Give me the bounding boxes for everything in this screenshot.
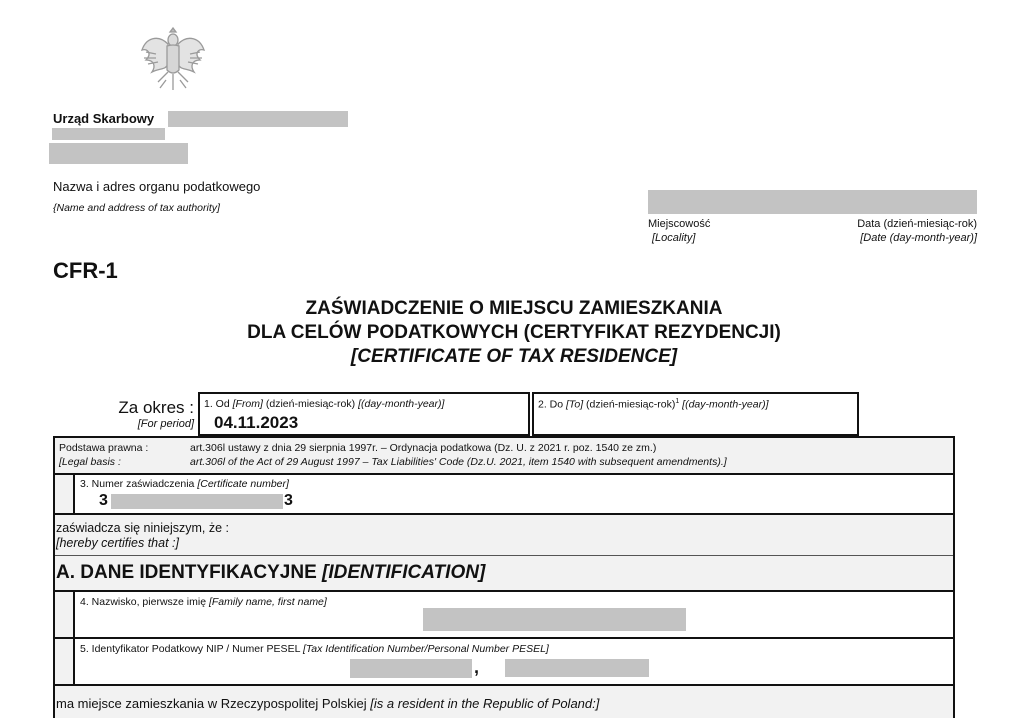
redacted-office-name bbox=[168, 111, 348, 127]
certifies-row: zaświadcza się niniejszym, że : [hereby … bbox=[55, 513, 953, 555]
period-from-field[interactable]: 1. Od [From] (dzień-miesiąc-rok) [(day-m… bbox=[198, 392, 530, 436]
redacted-name bbox=[423, 608, 686, 631]
form-title-line-1: ZAŚWIADCZENIE O MIEJSCU ZAMIESZKANIA bbox=[0, 298, 1024, 320]
date-label-en: [Date (day-month-year)] bbox=[860, 232, 977, 244]
certifies-text-en: [hereby certifies that :] bbox=[56, 536, 179, 550]
polish-eagle-emblem-icon bbox=[138, 24, 208, 96]
tax-office-name: Urząd Skarbowy bbox=[53, 111, 154, 126]
form-title-en: [CERTIFICATE OF TAX RESIDENCE] bbox=[0, 346, 1024, 368]
certificate-number-prefix: 3 bbox=[99, 492, 108, 510]
form-title-line-2: DLA CELÓW PODATKOWYCH (CERTYFIKAT REZYDE… bbox=[0, 322, 1024, 344]
redacted-pesel bbox=[505, 659, 649, 677]
locality-label-en: [Locality] bbox=[652, 232, 695, 244]
date-label: Data (dzień-miesiąc-rok) bbox=[857, 218, 977, 230]
certificate-number-row: 3. Numer zaświadczenia [Certificate numb… bbox=[55, 473, 953, 513]
period-from-label: 1. Od [From] (dzień-miesiąc-rok) [(day-m… bbox=[204, 398, 444, 410]
redacted-address-line-2 bbox=[49, 143, 188, 164]
section-a-heading-row: A. DANE IDENTYFIKACYJNE [IDENTIFICATION] bbox=[55, 555, 953, 590]
redacted-certificate-number bbox=[111, 494, 283, 509]
period-to-field[interactable]: 2. Do [To] (dzień-miesiąc-rok)1 [(day-mo… bbox=[532, 392, 859, 436]
nip-label: 5. Identyfikator Podatkowy NIP / Numer P… bbox=[80, 643, 549, 655]
authority-label: Nazwa i adres organu podatkowego bbox=[53, 179, 260, 194]
certifies-text: zaświadcza się niniejszym, że : bbox=[56, 521, 229, 535]
name-field[interactable]: 4. Nazwisko, pierwsze imię [Family name,… bbox=[73, 592, 953, 637]
residence-text: ma miejsce zamieszkania w Rzeczypospolit… bbox=[56, 696, 599, 711]
certificate-number-field[interactable]: 3. Numer zaświadczenia [Certificate numb… bbox=[73, 475, 953, 513]
period-to-label: 2. Do [To] (dzień-miesiąc-rok)1 [(day-mo… bbox=[538, 398, 769, 411]
period-label-en: [For period] bbox=[100, 418, 194, 430]
name-label: 4. Nazwisko, pierwsze imię [Family name,… bbox=[80, 596, 327, 608]
certificate-form-table: Podstawa prawna : [Legal basis : art.306… bbox=[53, 436, 955, 718]
nip-row: 5. Identyfikator Podatkowy NIP / Numer P… bbox=[55, 637, 953, 684]
redacted-nip bbox=[350, 659, 472, 678]
form-code: CFR-1 bbox=[53, 258, 118, 284]
residence-row: ma miejsce zamieszkania w Rzeczypospolit… bbox=[55, 684, 953, 718]
legal-basis-text: art.306l ustawy z dnia 29 sierpnia 1997r… bbox=[190, 442, 656, 454]
legal-basis-text-en: art.306l of the Act of 29 August 1997 – … bbox=[190, 456, 727, 468]
authority-label-en: {Name and address of tax authority] bbox=[53, 202, 220, 214]
nip-separator: , bbox=[474, 657, 479, 678]
redacted-locality-date bbox=[648, 190, 977, 214]
locality-label: Miejscowość bbox=[648, 218, 710, 230]
legal-basis-label: Podstawa prawna : bbox=[59, 442, 148, 454]
section-a-title: A. DANE IDENTYFIKACYJNE [IDENTIFICATION] bbox=[56, 562, 485, 584]
legal-basis-row: Podstawa prawna : [Legal basis : art.306… bbox=[55, 436, 953, 473]
name-row: 4. Nazwisko, pierwsze imię [Family name,… bbox=[55, 590, 953, 637]
certificate-number-suffix: 3 bbox=[284, 492, 293, 510]
nip-field[interactable]: 5. Identyfikator Podatkowy NIP / Numer P… bbox=[73, 639, 953, 684]
legal-basis-label-en: [Legal basis : bbox=[59, 456, 121, 468]
period-label: Za okres : bbox=[100, 398, 194, 418]
period-from-value: 04.11.2023 bbox=[214, 413, 298, 433]
certificate-number-label: 3. Numer zaświadczenia [Certificate numb… bbox=[80, 478, 289, 490]
redacted-address-line-1 bbox=[52, 128, 165, 140]
